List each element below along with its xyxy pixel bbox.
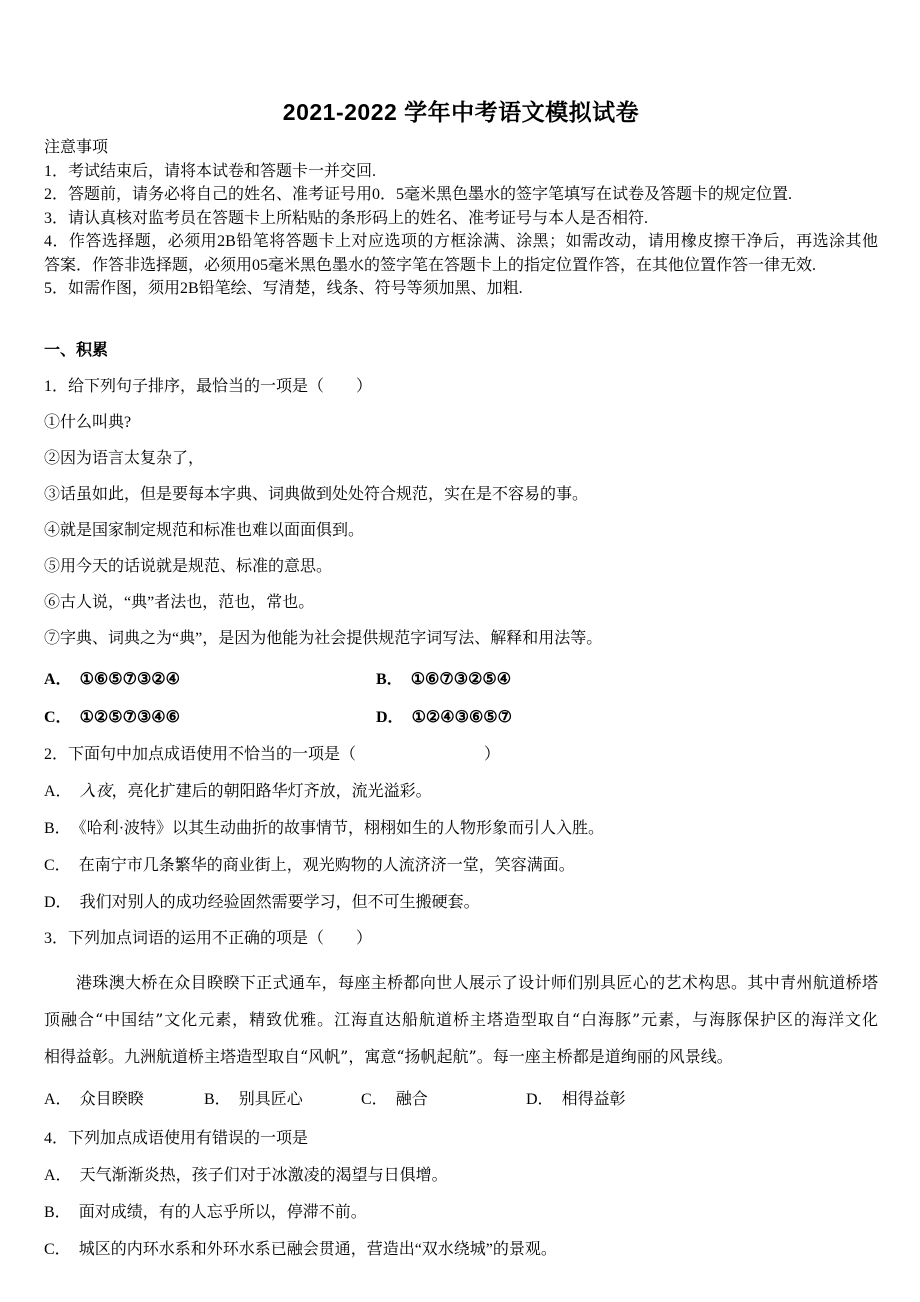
option-text: 我们对别人的成功经验固然需要学习，但不可生搬硬套。: [80, 894, 480, 911]
notice-line: 4．作答选择题，必须用2B铅笔将答题卡上对应选项的方框涂满、涂黑；如需改动，请用…: [44, 230, 878, 254]
option-c: C．①②⑤⑦③④⑥: [44, 704, 376, 727]
question-1-stem: 1．给下列句子排序，最恰当的一项是（ ）: [44, 375, 878, 398]
option-a: A．①⑥⑤⑦③②④: [44, 666, 376, 689]
option-c: C．融合: [361, 1088, 526, 1111]
sentence-item: ③话虽如此，但是要每本字典、词典做到处处符合规范，实在是不容易的事。: [44, 483, 878, 506]
question-3-options: A．众目睽睽 B．别具匠心 C．融合 D．相得益彰: [44, 1088, 878, 1111]
option-c: C．在南宁市几条繁华的商业街上，观光购物的人流济济一堂，笑容满面。: [44, 854, 878, 877]
option-a: A．入夜，亮化扩建后的朝阳路华灯齐放，流光溢彩。: [44, 780, 878, 803]
option-b: B．别具匠心: [204, 1088, 361, 1111]
notice-line: 2．答题前，请务必将自己的姓名、准考证号用0．5毫米黑色墨水的签字笔填写在试卷及…: [44, 183, 878, 207]
exam-title: 2021-2022 学年中考语文模拟试卷: [44, 96, 878, 128]
notice-line: 5．如需作图，须用2B铅笔绘、写清楚，线条、符号等须加黑、加粗.: [44, 277, 878, 301]
option-a: A．众目睽睽: [44, 1088, 204, 1111]
question-3: 3．下列加点词语的运用不正确的项是（ ） 港珠澳大桥在众目睽睽下正式通车，每座主…: [44, 927, 878, 1111]
question-4: 4．下列加点成语使用有错误的一项是 A．天气渐渐炎热，孩子们对于冰激凌的渴望与日…: [44, 1127, 878, 1261]
option-b: B．面对成绩，有的人忘乎所以，停滞不前。: [44, 1201, 878, 1224]
option-text: ①⑥⑦③②⑤④: [411, 671, 511, 688]
option-d: D．我们对别人的成功经验固然需要学习，但不可生搬硬套。: [44, 891, 878, 914]
option-text: 众目睽睽: [80, 1091, 144, 1108]
sentence-item: ②因为语言太复杂了，: [44, 447, 878, 470]
option-c: C．城区的内环水系和外环水系已融会贯通，营造出“双水绕城”的景观。: [44, 1238, 878, 1261]
passage-line: 港珠澳大桥在众目睽睽下正式通车，每座主桥都向世人展示了设计师们别具匠心的艺术构思…: [44, 964, 878, 1001]
option-label: B．: [376, 671, 403, 688]
option-d: D．相得益彰: [526, 1088, 626, 1111]
option-text: 融合: [396, 1091, 428, 1108]
option-text: 相得益彰: [562, 1091, 626, 1108]
notice-line: 3．请认真核对监考员在答题卡上所粘贴的条形码上的姓名、准考证号与本人是否相符.: [44, 207, 878, 231]
option-label: D．: [376, 709, 404, 726]
notice-line: 答案．作答非选择题，必须用05毫米黑色墨水的签字笔在答题卡上的指定位置作答，在其…: [44, 254, 878, 278]
option-label: B．: [44, 820, 71, 837]
section-heading: 一、积累: [44, 339, 878, 363]
passage-line: 顶融合“中国结”文化元素，精致优雅。江海直达船航道桥主塔造型取自“白海豚”元素，…: [44, 1001, 878, 1038]
option-b: B．①⑥⑦③②⑤④: [376, 666, 878, 689]
option-label: A．: [44, 1167, 72, 1184]
question-3-stem: 3．下列加点词语的运用不正确的项是（ ）: [44, 927, 878, 950]
option-label: A．: [44, 671, 72, 688]
option-text: 天气渐渐炎热，孩子们对于冰激凌的渴望与日俱增。: [80, 1167, 448, 1184]
option-text: 面对成绩，有的人忘乎所以，停滞不前。: [79, 1204, 367, 1221]
option-label: B．: [44, 1204, 71, 1221]
notice-line: 1．考试结束后，请将本试卷和答题卡一并交回.: [44, 160, 878, 184]
option-emphasis: 入夜: [80, 783, 112, 800]
sentence-item: ⑦字典、词典之为“典”，是因为他能为社会提供规范字词写法、解释和用法等。: [44, 627, 878, 650]
option-label: C．: [44, 857, 71, 874]
option-text: 别具匠心: [239, 1091, 303, 1108]
option-b: B．《哈利·波特》以其生动曲折的故事情节，栩栩如生的人物形象而引人入胜。: [44, 817, 878, 840]
option-label: B．: [204, 1091, 231, 1108]
option-label: C．: [44, 709, 72, 726]
option-text: ①⑥⑤⑦③②④: [80, 671, 180, 688]
option-label: A．: [44, 783, 72, 800]
question-1-options: A．①⑥⑤⑦③②④ B．①⑥⑦③②⑤④ C．①②⑤⑦③④⑥ D．①②④③⑥⑤⑦: [44, 666, 878, 727]
question-4-stem: 4．下列加点成语使用有错误的一项是: [44, 1127, 878, 1150]
passage-line: 相得益彰。九洲航道桥主塔造型取自“风帆”，寓意“扬帆起航”。每一座主桥都是道绚丽…: [44, 1038, 878, 1075]
exam-page: 2021-2022 学年中考语文模拟试卷 注意事项 1．考试结束后，请将本试卷和…: [0, 0, 920, 1261]
option-text: 城区的内环水系和外环水系已融会贯通，营造出“双水绕城”的景观。: [79, 1241, 557, 1258]
option-label: D．: [526, 1091, 554, 1108]
question-2: 2．下面句中加点成语使用不恰当的一项是（ ） A．入夜，亮化扩建后的朝阳路华灯齐…: [44, 743, 878, 914]
notice-block: 注意事项 1．考试结束后，请将本试卷和答题卡一并交回. 2．答题前，请务必将自己…: [44, 136, 878, 301]
option-text: 《哈利·波特》以其生动曲折的故事情节，栩栩如生的人物形象而引人入胜。: [79, 820, 604, 837]
question-1: 1．给下列句子排序，最恰当的一项是（ ） ①什么叫典? ②因为语言太复杂了， ③…: [44, 375, 878, 727]
sentence-item: ④就是国家制定规范和标准也难以面面俱到。: [44, 519, 878, 542]
sentence-item: ①什么叫典?: [44, 411, 878, 434]
option-text: ①②⑤⑦③④⑥: [80, 709, 180, 726]
question-3-passage: 港珠澳大桥在众目睽睽下正式通车，每座主桥都向世人展示了设计师们别具匠心的艺术构思…: [44, 964, 878, 1075]
option-text: ①②④③⑥⑤⑦: [412, 709, 512, 726]
notice-heading: 注意事项: [44, 136, 878, 160]
option-d: D．①②④③⑥⑤⑦: [376, 704, 878, 727]
question-2-stem: 2．下面句中加点成语使用不恰当的一项是（ ）: [44, 743, 878, 766]
option-label: C．: [361, 1091, 388, 1108]
sentence-item: ⑤用今天的话说就是规范、标准的意思。: [44, 555, 878, 578]
option-label: A．: [44, 1091, 72, 1108]
sentence-item: ⑥古人说，“典”者法也，范也，常也。: [44, 591, 878, 614]
option-text: ，亮化扩建后的朝阳路华灯齐放，流光溢彩。: [112, 783, 432, 800]
option-text: 在南宁市几条繁华的商业街上，观光购物的人流济济一堂，笑容满面。: [79, 857, 575, 874]
option-label: C．: [44, 1241, 71, 1258]
option-label: D．: [44, 894, 72, 911]
option-a: A．天气渐渐炎热，孩子们对于冰激凌的渴望与日俱增。: [44, 1164, 878, 1187]
